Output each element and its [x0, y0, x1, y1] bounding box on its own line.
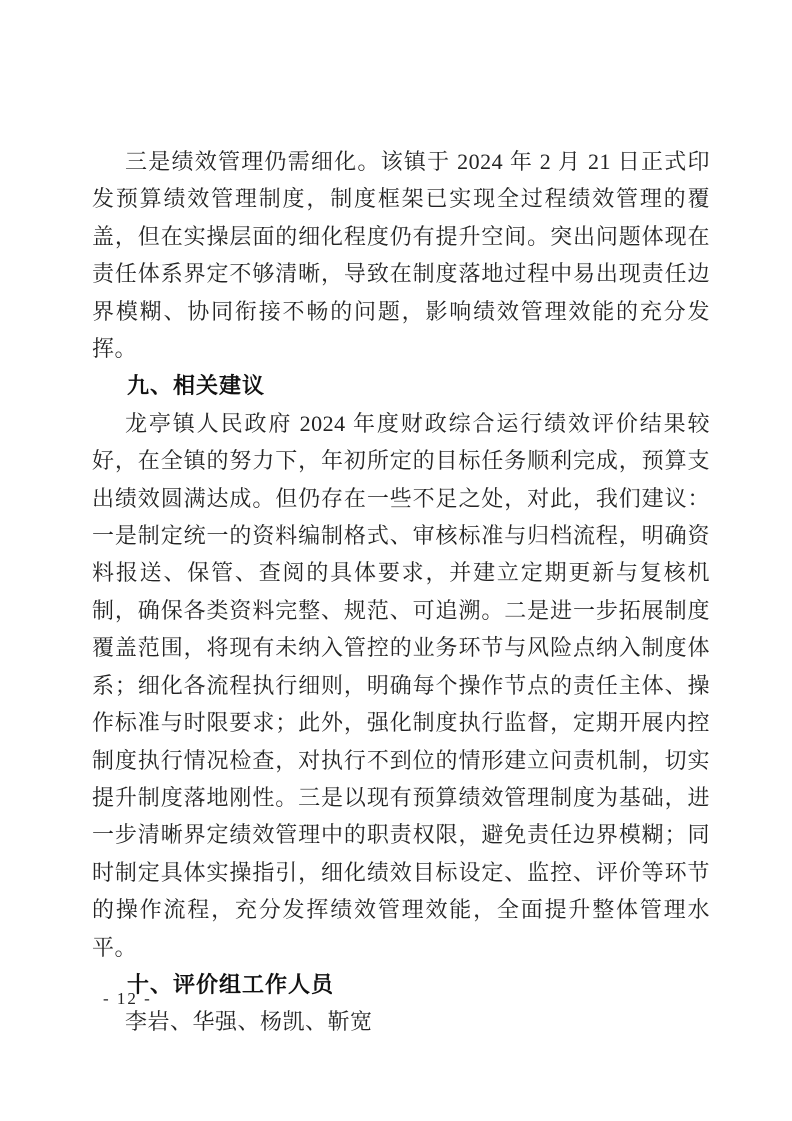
- body-paragraph-suggestions: 龙亭镇人民政府 2024 年度财政综合运行绩效评价结果较好，在全镇的努力下，年初…: [92, 405, 710, 966]
- section-heading-10-evaluation-team: 十、评价组工作人员: [92, 966, 710, 1003]
- body-paragraph-performance-management: 三是绩效管理仍需细化。该镇于 2024 年 2 月 21 日正式印发预算绩效管理…: [92, 143, 710, 367]
- evaluation-team-members-line: 李岩、华强、杨凯、靳宽: [92, 1003, 710, 1040]
- document-body: 三是绩效管理仍需细化。该镇于 2024 年 2 月 21 日正式印发预算绩效管理…: [92, 143, 710, 1041]
- page-number: - 12 -: [103, 988, 152, 1010]
- document-page: 三是绩效管理仍需细化。该镇于 2024 年 2 月 21 日正式印发预算绩效管理…: [0, 0, 792, 1121]
- section-heading-9-suggestions: 九、相关建议: [92, 367, 710, 404]
